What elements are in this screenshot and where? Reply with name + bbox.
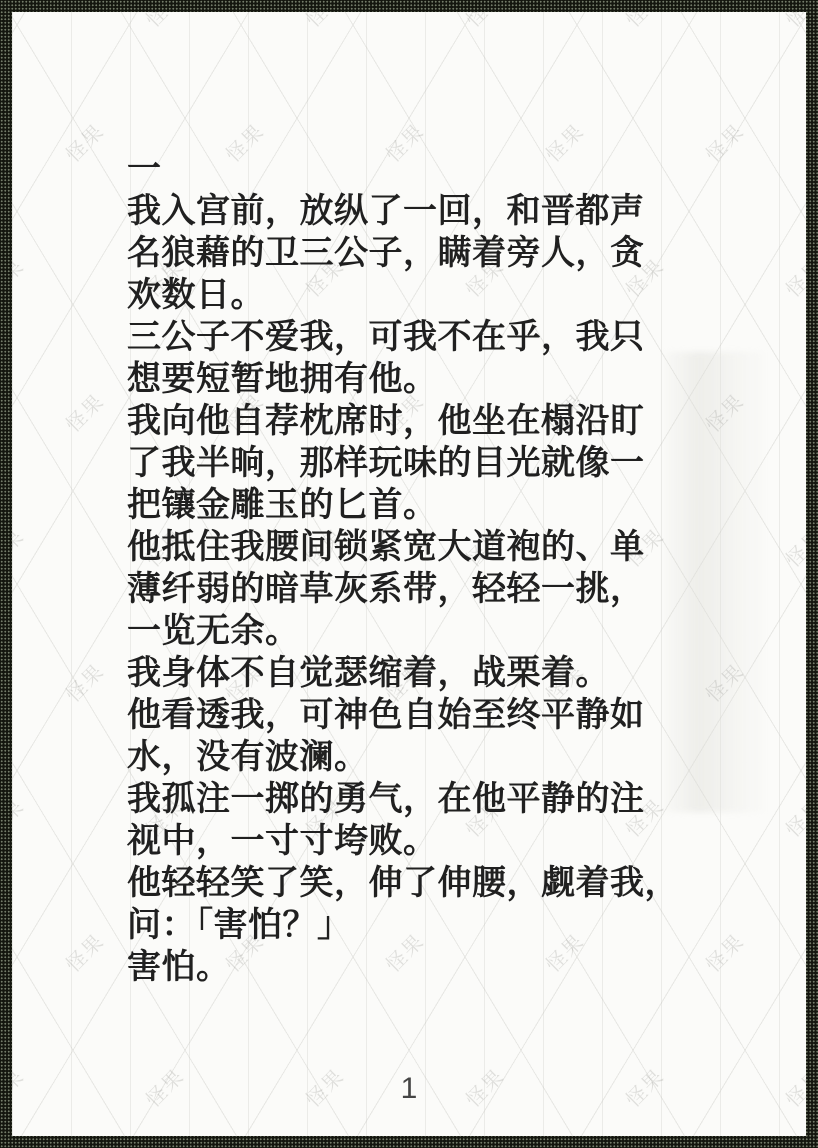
text-line: 三公子不爱我，可我不在乎，我只 [127, 316, 727, 358]
section-marker: 一 [127, 148, 727, 190]
text-line: 我向他自荐枕席时，他坐在榻沿盯 [127, 400, 727, 442]
text-line: 薄纤弱的暗草灰系带，轻轻一挑， [127, 568, 727, 610]
body-text: 一 我入宫前，放纵了一回，和晋都声名狼藉的卫三公子，瞒着旁人，贪欢数日。三公子不… [127, 148, 727, 988]
text-line: 他看透我，可神色自始至终平静如 [127, 694, 727, 736]
text-line: 我孤注一掷的勇气，在他平静的注 [127, 778, 727, 820]
watermark-glyph: 怪果 [58, 386, 110, 438]
text-line: 我身体不自觉瑟缩着，战栗着。 [127, 652, 727, 694]
text-line: 害怕。 [127, 946, 727, 988]
watermark-glyph: 怪果 [778, 251, 806, 303]
watermark-glyph: 怪果 [618, 12, 670, 32]
text-line: 把镶金雕玉的匕首。 [127, 484, 727, 526]
text-lines: 我入宫前，放纵了一回，和晋都声名狼藉的卫三公子，瞒着旁人，贪欢数日。三公子不爱我… [127, 190, 727, 988]
watermark-glyph: 怪果 [778, 521, 806, 573]
watermark-glyph: 怪果 [12, 12, 30, 32]
text-line: 一览无余。 [127, 610, 727, 652]
watermark-glyph: 怪果 [458, 12, 510, 32]
text-line: 他轻轻笑了笑，伸了伸腰，觑着我， [127, 862, 727, 904]
watermark-glyph: 怪果 [12, 791, 30, 843]
novel-page: 怪果怪果怪果怪果怪果怪果怪果怪果怪果怪果怪果怪果怪果怪果怪果怪果怪果怪果怪果怪果… [12, 12, 806, 1136]
watermark-glyph: 怪果 [58, 116, 110, 168]
watermark-glyph: 怪果 [12, 521, 30, 573]
text-line: 了我半晌，那样玩味的目光就像一 [127, 442, 727, 484]
watermark-glyph: 怪果 [58, 926, 110, 978]
watermark-glyph: 怪果 [138, 12, 190, 32]
watermark-glyph: 怪果 [12, 251, 30, 303]
text-line: 欢数日。 [127, 274, 727, 316]
page-number: 1 [12, 1072, 806, 1106]
text-line: 我入宫前，放纵了一回，和晋都声 [127, 190, 727, 232]
text-line: 水，没有波澜。 [127, 736, 727, 778]
text-line: 视中，一寸寸垮败。 [127, 820, 727, 862]
watermark-glyph: 怪果 [58, 656, 110, 708]
watermark-glyph: 怪果 [778, 791, 806, 843]
text-line: 想要短暂地拥有他。 [127, 358, 727, 400]
text-line: 问：「害怕？」 [127, 904, 727, 946]
text-line: 他抵住我腰间锁紧宽大道袍的、单 [127, 526, 727, 568]
text-line: 名狼藉的卫三公子，瞒着旁人，贪 [127, 232, 727, 274]
watermark-glyph: 怪果 [778, 12, 806, 32]
watermark-glyph: 怪果 [298, 12, 350, 32]
